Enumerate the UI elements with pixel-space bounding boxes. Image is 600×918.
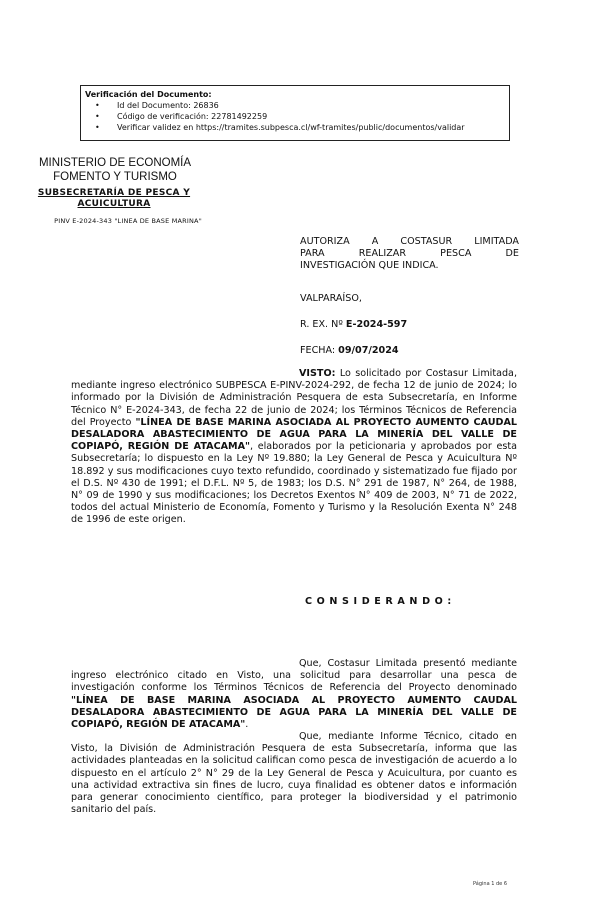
- visto-text-continued: , elaborados por la peticionaria y aprob…: [71, 441, 517, 525]
- place: VALPARAÍSO,: [300, 293, 362, 304]
- project-name: "LÍNEA DE BASE MARINA ASOCIADA AL PROYEC…: [71, 695, 517, 730]
- document-page: Verificación del Documento: Id del Docum…: [0, 0, 600, 918]
- paragraph-text: Que, Costasur Limitada presentó mediante…: [71, 658, 517, 693]
- visto-label: VISTO:: [299, 368, 335, 379]
- ministry-line-2: FOMENTO Y TURISMO: [20, 170, 210, 184]
- verification-url[interactable]: Verificar validez en https://tramites.su…: [117, 122, 505, 133]
- resolution-subject: AUTORIZA A COSTASUR LIMITADA PARA REALIZ…: [300, 236, 519, 272]
- page-indicator: Página 1 de 6: [473, 881, 507, 887]
- verification-code: Código de verificación: 22781492259: [117, 111, 505, 122]
- date-value: 09/07/2024: [338, 345, 398, 356]
- considerando-title: CONSIDERANDO:: [305, 596, 456, 607]
- paragraph-text-end: .: [245, 719, 248, 730]
- considerando-paragraph-1: Que, Costasur Limitada presentó mediante…: [71, 658, 517, 731]
- document-id: Id del Documento: 26836: [117, 100, 505, 111]
- subject-line: INVESTIGACIÓN QUE INDICA.: [300, 260, 519, 272]
- resolution-date: FECHA: 09/07/2024: [300, 345, 399, 356]
- considerando-paragraph-2: Que, mediante Informe Técnico, citado en…: [71, 731, 517, 816]
- paragraph-text: Que, mediante Informe Técnico, citado en…: [71, 731, 517, 815]
- ministry-name: MINISTERIO DE ECONOMÍA FOMENTO Y TURISMO: [20, 156, 210, 184]
- subsecretaria-name: SUBSECRETARÍA DE PESCA Y ACUICULTURA: [28, 188, 200, 210]
- verification-box: Verificación del Documento: Id del Docum…: [80, 85, 510, 141]
- ministry-line-1: MINISTERIO DE ECONOMÍA: [20, 156, 210, 170]
- resolution-number: R. EX. Nº E-2024-597: [300, 319, 407, 330]
- date-label: FECHA:: [300, 345, 338, 356]
- verification-title: Verificación del Documento:: [85, 89, 505, 100]
- resolution-value: E-2024-597: [346, 319, 407, 330]
- verification-list: Id del Documento: 26836 Código de verifi…: [85, 100, 505, 133]
- subject-line: PARA REALIZAR PESCA DE: [300, 248, 519, 260]
- visto-paragraph: VISTO: Lo solicitado por Costasur Limita…: [71, 368, 517, 527]
- reference-code: PINV E-2024-343 "LINEA DE BASE MARINA": [28, 217, 228, 225]
- resolution-label: R. EX. Nº: [300, 319, 346, 330]
- subject-line: AUTORIZA A COSTASUR LIMITADA: [300, 236, 519, 248]
